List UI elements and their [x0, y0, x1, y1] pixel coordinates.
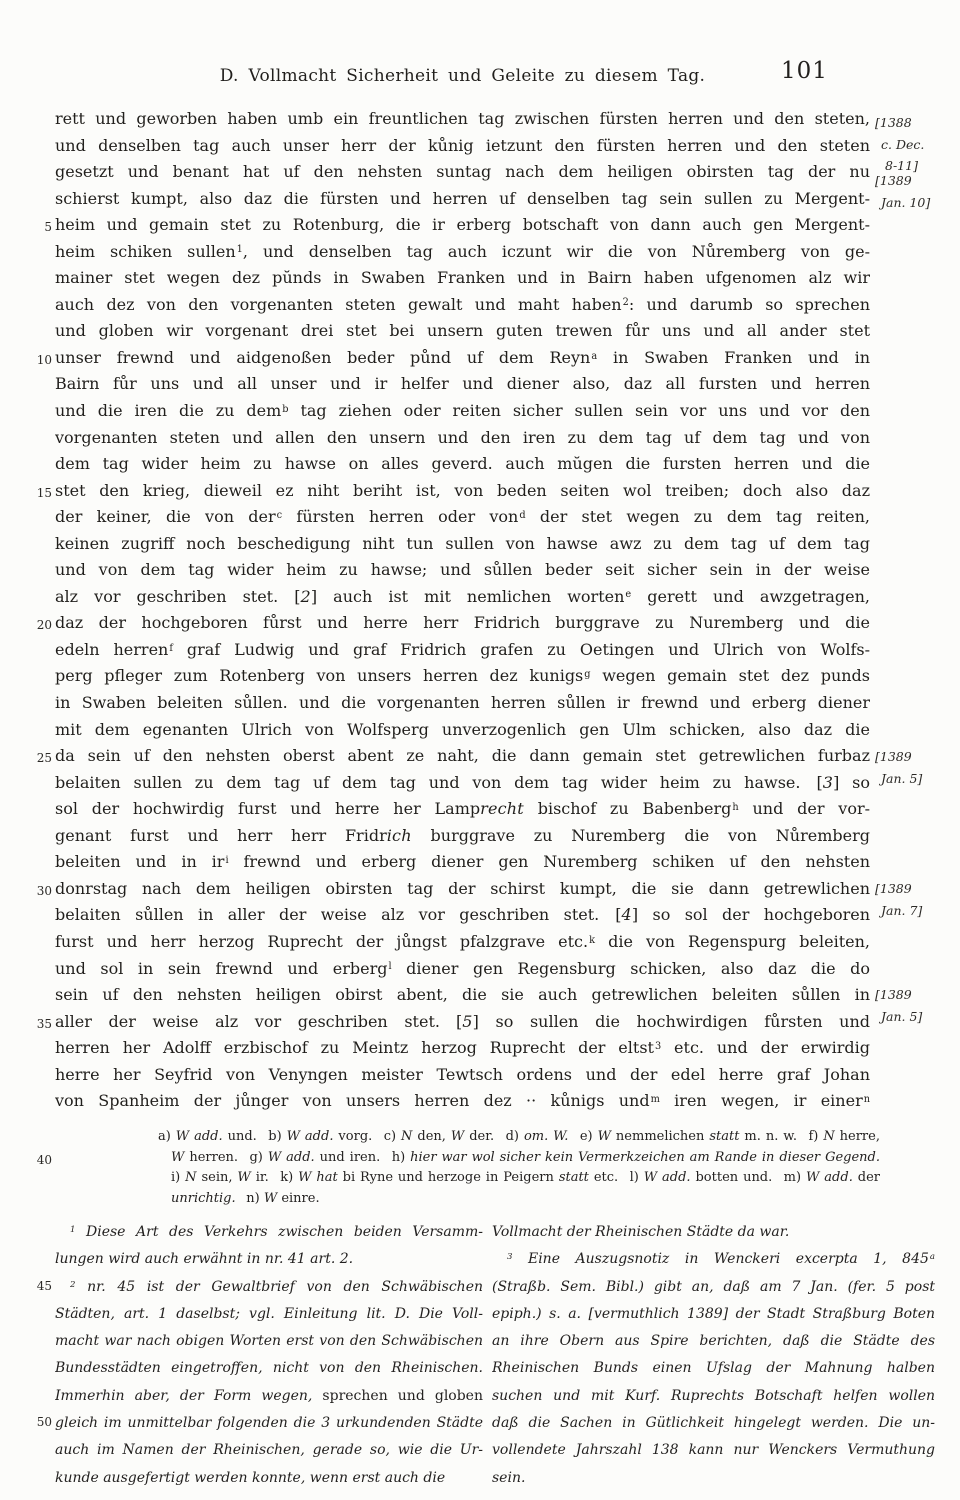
text-line: edeln herrenf graf Ludwig und graf Fridr…	[55, 637, 870, 664]
footnote-line: Vollmacht der Rheinischen Städte da war.	[492, 1219, 935, 1246]
margin-note-line: [1389	[875, 746, 959, 768]
text-line: genant furst und herr herr Fridrich burg…	[55, 823, 870, 850]
footnote-line: Bundesstädten eingetroffen, nicht von de…	[55, 1355, 483, 1382]
text-line: rett und geworben haben umb ein freuntli…	[55, 106, 870, 133]
footnote-line: (Straßb. Sem. Bibl.) gibt an, daß am 7 J…	[492, 1274, 935, 1301]
margin-note-line: Jan. 10]	[875, 192, 959, 214]
text-line: herre her Seyfrid von Venyngen meister T…	[55, 1062, 870, 1089]
footnote-line: lungen wird auch erwähnt in nr. 41 art. …	[55, 1246, 483, 1273]
footnote-line: gleich im unmittelbar folgenden die 3 ur…	[55, 1410, 483, 1437]
text-line: der keiner, die von derc fürsten herren …	[55, 504, 870, 531]
line-number: 10	[22, 350, 52, 370]
running-head: D. Vollmacht Sicherheit und Geleite zu d…	[55, 66, 870, 86]
margin-note-line: Jan. 5]	[875, 768, 959, 790]
footnote-column-left: 1 Diese Art des Verkehrs zwischen beiden…	[55, 1219, 483, 1492]
footnote-line: auch im Namen der Rheinischen, gerade so…	[55, 1437, 483, 1464]
footnote-line: 1 Diese Art des Verkehrs zwischen beiden…	[55, 1219, 483, 1246]
footnote-line: sein.	[492, 1465, 935, 1492]
text-line: vorgenanten steten und allen den unsern …	[55, 425, 870, 452]
page-number: 101	[781, 58, 828, 84]
footnote-line: 2 nr. 45 ist der Gewaltbrief von den Sch…	[55, 1274, 483, 1301]
margin-date-note: [1389Jan. 10]	[875, 170, 959, 213]
text-line: alz vor geschriben stet. [2] auch ist mi…	[55, 584, 870, 611]
apparatus-line: W herren. g) W add. und iren. h) hier wa…	[171, 1148, 880, 1169]
text-line: auch dez von den vorgenanten steten gewa…	[55, 292, 870, 319]
apparatus-line: i) N sein, W ir. k) W hat bi Ryne und he…	[171, 1168, 880, 1189]
text-line: donrstag nach dem heiligen obirsten tag …	[55, 876, 870, 903]
margin-note-line: Jan. 7]	[875, 900, 959, 922]
critical-apparatus: a) W add. und. b) W add. vorg. c) N den,…	[158, 1127, 880, 1209]
text-line: keinen zugriff noch beschedigung niht tu…	[55, 531, 870, 558]
apparatus-line: unrichtig. n) W einre.	[171, 1189, 880, 1210]
main-text-block: rett und geworben haben umb ein freuntli…	[55, 106, 870, 1115]
footnote-line: daß die Sachen in Gütlichkeit hingelegt …	[492, 1410, 935, 1437]
footnote-line: vollendete Jahrszahl 138 kann nur Wencke…	[492, 1437, 935, 1464]
text-line: und sol in sein frewnd und erbergl diene…	[55, 956, 870, 983]
text-line: mit dem egenanten Ulrich von Wolfsperg u…	[55, 717, 870, 744]
margin-note-line: [1389	[875, 170, 959, 192]
line-number: 30	[22, 881, 52, 901]
margin-date-note: [1388c. Dec.8-11]	[875, 112, 959, 177]
line-number: 35	[22, 1014, 52, 1034]
footnote-line: Städten, art. 1 daselbst; vgl. Einleitun…	[55, 1301, 483, 1328]
footnote-line: kunde ausgefertigt werden konnte, wenn e…	[55, 1465, 483, 1492]
margin-note-line: [1388	[875, 112, 959, 134]
line-number: 50	[22, 1412, 52, 1432]
text-line: und denselben tag auch unser herr der ků…	[55, 133, 870, 160]
footnote-line: suchen und mit Kurf. Ruprechts Botschaft…	[492, 1383, 935, 1410]
text-line: und von dem tag wider heim zu hawse; und…	[55, 557, 870, 584]
scanned-book-page: D. Vollmacht Sicherheit und Geleite zu d…	[0, 0, 960, 1500]
text-line: heim und gemain stet zu Rotenburg, die i…	[55, 212, 870, 239]
text-line: aller der weise alz vor geschriben stet.…	[55, 1009, 870, 1036]
text-line: mainer stet wegen dez pŭnds in Swaben Fr…	[55, 265, 870, 292]
footnote-line: macht war nach obigen Worten erst von de…	[55, 1328, 483, 1355]
footnote-line: Immerhin aber, der Form wegen, sprechen …	[55, 1383, 483, 1410]
text-line: belaiten sůllen in aller der weise alz v…	[55, 902, 870, 929]
footnote-line: an ihre Obern aus Spire berichten, daß d…	[492, 1328, 935, 1355]
text-line: furst und herr herzog Ruprecht der jůngs…	[55, 929, 870, 956]
margin-note-line: [1389	[875, 878, 959, 900]
text-line: stet den krieg, dieweil ez niht beriht i…	[55, 478, 870, 505]
text-line: daz der hochgeboren fůrst und herre herr…	[55, 610, 870, 637]
text-line: und die iren die zu demb tag ziehen oder…	[55, 398, 870, 425]
text-line: dem tag wider heim zu hawse on alles gev…	[55, 451, 870, 478]
footnote-line: epiph.) s. a. [vermuthlich 1389] der Sta…	[492, 1301, 935, 1328]
margin-date-note: [1389Jan. 7]	[875, 878, 959, 921]
text-line: von Spanheim der jůnger von unsers herre…	[55, 1088, 870, 1115]
text-line: Bairn fůr uns und all unser und ir helfe…	[55, 371, 870, 398]
text-line: und globen wir vorgenant drei stet bei u…	[55, 318, 870, 345]
text-line: da sein uf den nehsten oberst abent ze n…	[55, 743, 870, 770]
margin-date-note: [1389Jan. 5]	[875, 746, 959, 789]
apparatus-line: a) W add. und. b) W add. vorg. c) N den,…	[158, 1127, 880, 1148]
line-number: 45	[22, 1276, 52, 1296]
text-line: sein uf den nehsten heiligen obirst aben…	[55, 982, 870, 1009]
footnote-line: 3 Eine Auszugsnotiz in Wenckeri excerpta…	[492, 1246, 935, 1273]
text-line: herren her Adolff erzbischof zu Meintz h…	[55, 1035, 870, 1062]
margin-note-line: Jan. 5]	[875, 1006, 959, 1028]
text-line: gesetzt und benant hat uf den nehsten su…	[55, 159, 870, 186]
text-line: heim schiken sullen1, und denselben tag …	[55, 239, 870, 266]
text-line: perg pfleger zum Rotenberg von unsers he…	[55, 663, 870, 690]
margin-note-line: c. Dec.	[875, 134, 959, 156]
footnote-line: Rheinischen Bunds einen Ufslag der Mahnu…	[492, 1355, 935, 1382]
text-line: schierst kumpt, also daz die fürsten und…	[55, 186, 870, 213]
text-line: belaiten sullen zu dem tag uf dem tag un…	[55, 770, 870, 797]
line-number: 20	[22, 615, 52, 635]
text-line: in Swaben beleiten sůllen. und die vorge…	[55, 690, 870, 717]
line-number: 40	[22, 1150, 52, 1170]
margin-date-note: [1389Jan. 5]	[875, 984, 959, 1027]
margin-note-line: [1389	[875, 984, 959, 1006]
text-line: beleiten und in iri frewnd und erberg di…	[55, 849, 870, 876]
line-number: 5	[22, 217, 52, 237]
text-line: sol der hochwirdig furst und herre her L…	[55, 796, 870, 823]
line-number: 25	[22, 748, 52, 768]
line-number: 15	[22, 483, 52, 503]
footnote-column-right: Vollmacht der Rheinischen Städte da war.…	[492, 1219, 935, 1492]
text-line: unser frewnd und aidgenoßen beder půnd u…	[55, 345, 870, 372]
